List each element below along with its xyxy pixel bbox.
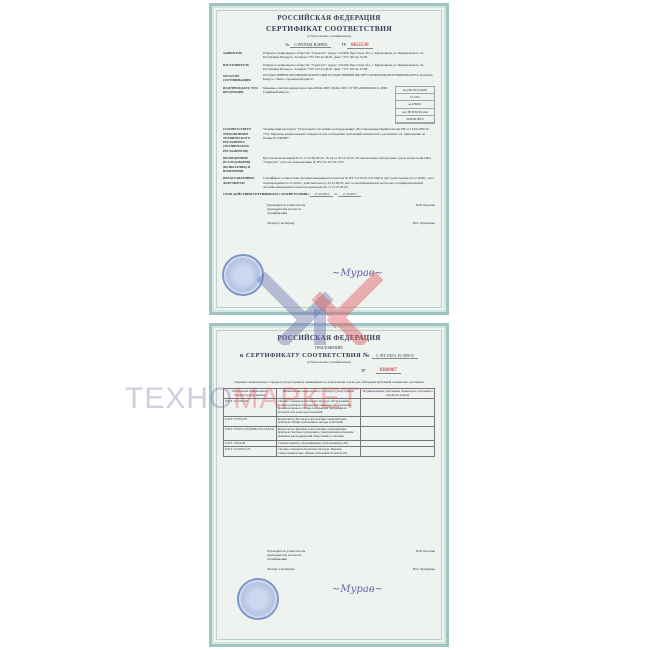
applicant-value: Открытое акционерное общество "Горизонт"…: [263, 51, 435, 60]
appendix-label: ПРИЛОЖЕНИЕ: [217, 345, 441, 350]
validity-row: СРОК ДЕЙСТВИЯ СЕРТИФИКАТА СООТВЕТСТВИЯ с…: [223, 192, 435, 197]
compliance-label: СООТВЕТСТВУЕТ ТРЕБОВАНИЯМ ТЕХНИЧЕСКОГО Р…: [223, 127, 263, 153]
applicant-label: ЗАЯВИТЕЛЬ: [223, 51, 263, 60]
watermark-text: ТЕХНОМАРКЕТ: [125, 382, 360, 416]
appendix-title: к СЕРТИФИКАТУ СООТВЕТСТВИЯ: [240, 352, 361, 359]
appendix-subtitle: (обязательная сертификация): [217, 360, 441, 364]
compliance-row: СООТВЕТСТВУЕТ ТРЕБОВАНИЯМ ТЕХНИЧЕСКОГО Р…: [223, 127, 435, 153]
table-cell: ГОСТ 12.2.007.0-75: [224, 447, 277, 457]
codes-box: код ОК 005 (ОКП) 51 5131 код ЕКПС код ТН…: [395, 86, 435, 124]
table-cell: [361, 440, 435, 447]
table-cell: [361, 447, 435, 457]
tp-number: 0651536: [347, 43, 373, 49]
table-cell: Система стандартов безопасности труда. И…: [276, 447, 360, 457]
expert-name: Ю.Г. Кухаренко: [413, 221, 435, 225]
appendix-seal-stamp: [237, 578, 279, 620]
table-cell: ГОСТ 27570.31-95 (МЭК 335-2-64-91): [224, 426, 277, 440]
appendix-expert-label: Эксперт (эксперты): [267, 567, 294, 571]
table-row: ГОСТ 27570.0-87Безопасность бытовых и ан…: [224, 416, 435, 426]
appendix-tp-label: ТР: [361, 368, 366, 374]
tp-label: ТР: [341, 42, 346, 47]
validity-label: СРОК ДЕЙСТВИЯ СЕРТИФИКАТА СООТВЕТСТВИЯ с: [223, 192, 310, 197]
appendix-tp-row: ТР 0360987: [217, 368, 401, 374]
column-header: Подтверждаемые требования технического р…: [361, 389, 435, 399]
table-row: ГОСТ 14254-96Степени защиты, обеспечивае…: [224, 440, 435, 447]
appendix-tp-number: 0360987: [376, 368, 402, 374]
table-cell: [361, 416, 435, 426]
appendix-number: C-BY.PБ01.B.00905: [372, 353, 418, 359]
appendix-title-row: к СЕРТИФИКАТУ СООТВЕТСТВИЯ № C-BY.PБ01.B…: [217, 352, 441, 359]
documents-label: ПРЕДСТАВЛЕННЫЕ ДОКУМЕНТЫ: [223, 176, 263, 189]
table-cell: ГОСТ 14254-96: [224, 440, 277, 447]
number-label: №: [285, 42, 289, 47]
cert-body-value: ГОСУДАРСТВЕННОЕ ПРЕДПРИЯТИЕ БЕЛОРУССКИЙ …: [263, 74, 435, 83]
expert-label: Эксперт (эксперты): [267, 221, 294, 225]
head-label: Руководитель (заместитель руководителя) …: [267, 203, 307, 215]
documents-row: ПРЕДСТАВЛЕННЫЕ ДОКУМЕНТЫ Сертификат соот…: [223, 176, 435, 189]
manufacturer-value: Открытое акционерное общество "Горизонт"…: [263, 63, 435, 72]
table-cell: Безопасность бытовых и аналогичных элект…: [276, 416, 360, 426]
code-ekps-label: код ЕКПС: [396, 101, 434, 108]
cert-body-label: ОРГАН ПО СЕРТИФИКАЦИИ: [223, 74, 263, 83]
certificate-subtitle: (обязательная сертификация): [217, 34, 441, 38]
applicant-row: ЗАЯВИТЕЛЬ Открытое акционерное общество …: [223, 51, 435, 60]
product-row: ПОДТВЕРЖДАЕТ, ЧТО ПРОДУКЦИЯ Машины очист…: [223, 86, 435, 124]
cert-body-row: ОРГАН ПО СЕРТИФИКАЦИИ ГОСУДАРСТВЕННОЕ ПР…: [223, 74, 435, 83]
table-cell: Безопасность бытовых и аналогичных элект…: [276, 426, 360, 440]
table-cell: Степени защиты, обеспечиваемые оболочкам…: [276, 440, 360, 447]
head-signature-row: Руководитель (заместитель руководителя) …: [267, 203, 435, 215]
table-cell: ГОСТ 27570.0-87: [224, 416, 277, 426]
tests-row: ПРОВЕДЕННЫЕ ИССЛЕДОВАНИЯ (ИСПЫТАНИЯ) И И…: [223, 156, 435, 173]
watermark-part2: МАРКЕТ: [233, 382, 360, 415]
country-heading: РОССИЙСКАЯ ФЕДЕРАЦИЯ: [217, 14, 441, 22]
appendix-expert-name: Ю.Г. Кухаренко: [413, 567, 435, 571]
certificate-number-row: № C-BY.PБ01.B.00905 ТР 0651536: [217, 42, 441, 48]
product-value: Машины очистки корнеплодов типа МОК-300У…: [263, 86, 392, 124]
compliance-value: Технический регламент "О безопасности ма…: [263, 127, 435, 153]
table-row: ГОСТ 27570.31-95 (МЭК 335-2-64-91)Безопа…: [224, 426, 435, 440]
certificate-number: C-BY.PБ01.B.00905: [290, 42, 331, 48]
valid-to: 17.10.2017: [338, 192, 361, 197]
manufacturer-label: ИЗГОТОВИТЕЛЬ: [223, 63, 263, 72]
appendix-expert-signature-row: Эксперт (эксперты) Ю.Г. Кухаренко: [267, 567, 435, 571]
code-okp-value: 51 5131: [396, 94, 434, 101]
appendix-head-signature-row: Руководитель (заместитель руководителя) …: [267, 549, 435, 561]
code-tnved-value: 8438 60 000 0: [396, 116, 434, 123]
table-row: ГОСТ 12.2.007.0-75Система стандартов без…: [224, 447, 435, 457]
tests-label: ПРОВЕДЕННЫЕ ИССЛЕДОВАНИЯ (ИСПЫТАНИЯ) И И…: [223, 156, 263, 173]
tests-value: Протоколы испытаний № 25 от 25.09.2012г.…: [263, 156, 435, 173]
table-cell: [361, 426, 435, 440]
product-label: ПОДТВЕРЖДАЕТ, ЧТО ПРОДУКЦИЯ: [223, 86, 263, 124]
valid-from: 17.10.2012: [310, 192, 333, 197]
head-name: В.Ф. Королев: [416, 203, 435, 215]
table-cell: [361, 399, 435, 416]
documents-value: Сертификат соответствия системы менеджме…: [263, 176, 435, 189]
appendix-head-name: В.Ф. Королев: [416, 549, 435, 561]
code-okp-label: код ОК 005 (ОКП): [396, 87, 434, 94]
appendix-number-label: №: [363, 352, 370, 359]
watermark-logo-icon: [250, 245, 390, 345]
appendix-head-label: Руководитель (заместитель руководителя) …: [267, 549, 307, 561]
code-tnved-label: код ТН ВЭД России: [396, 109, 434, 116]
valid-to-label: по: [334, 192, 337, 197]
manufacturer-row: ИЗГОТОВИТЕЛЬ Открытое акционерное общест…: [223, 63, 435, 72]
appendix-signature: ~Мурав~: [332, 584, 383, 595]
certificate-appendix-page: РОССИЙСКАЯ ФЕДЕРАЦИЯ ПРИЛОЖЕНИЕ к СЕРТИФ…: [209, 323, 449, 647]
expert-signature-row: Эксперт (эксперты) Ю.Г. Кухаренко: [267, 221, 435, 225]
certificate-title: СЕРТИФИКАТ СООТВЕТСТВИЯ: [217, 24, 441, 33]
watermark-part1: ТЕХНО: [125, 382, 233, 415]
